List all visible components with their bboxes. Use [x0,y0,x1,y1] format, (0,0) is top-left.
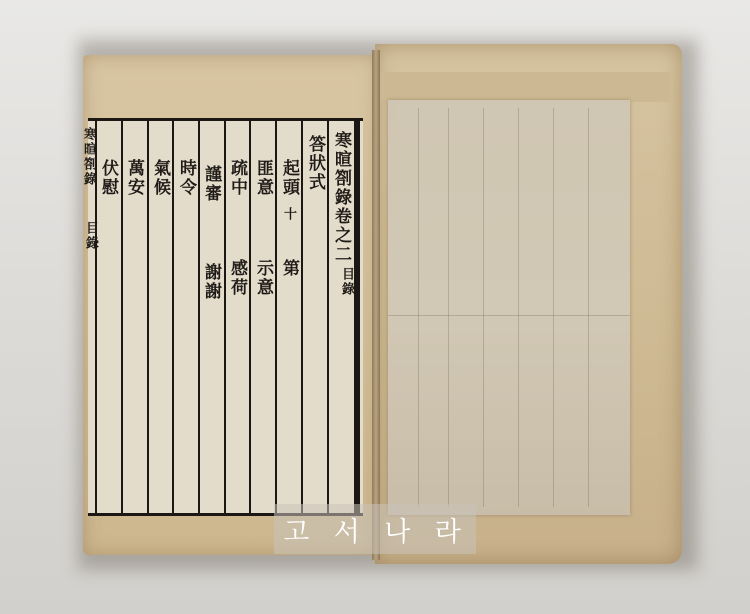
book-gutter [372,50,380,560]
watermark-char: 라 [435,510,467,549]
toc-entry: 起頭 [280,159,297,197]
column-rule [301,121,303,513]
show-through-line [483,108,484,507]
show-through-line [518,108,519,507]
watermark: 고 서 나 라 [274,504,476,554]
toc-entry: 答狀式 [306,135,323,192]
show-through-line [418,108,419,507]
toc-entry: 示意 [254,259,271,297]
show-through-line [553,108,554,507]
column-rule [198,121,200,513]
repair-strip [380,72,670,102]
printed-frame: 寒暄劄錄 目錄 寒暄劄錄卷之二 目錄 答狀式 起頭 十 第 匪意 示意 疏中 感… [88,118,363,516]
column-rule [121,121,123,513]
column-rule [147,121,149,513]
toc-entry: 萬安 [125,159,142,197]
edge-label: 寒暄劄錄 [82,127,95,187]
toc-entry: 疏中 [228,159,245,197]
toc-entry: 謹審 [202,165,219,203]
show-through-line [588,108,589,507]
toc-entry-number: 十 [282,207,295,222]
toc-entry: 氣候 [151,159,168,197]
column-rule [224,121,226,513]
toc-entry: 謝謝 [202,263,219,301]
toc-entry: 時令 [177,159,194,197]
toc-entry: 伏慰 [99,159,116,197]
watermark-char: 나 [384,510,416,549]
column-rule [249,121,251,513]
column-rule [275,121,277,513]
watermark-char: 서 [334,510,366,549]
show-through-line [388,315,630,316]
edge-note: 目錄 [84,221,97,251]
toc-entry: 第 [280,259,297,278]
frame-border-right [354,121,360,513]
toc-entry: 匪意 [254,159,271,197]
volume-title: 寒暄劄錄卷之二 [332,131,349,264]
volume-title-note: 目錄 [340,267,353,297]
backing-paper-patch [388,100,630,515]
show-through-line [448,108,449,507]
watermark-char: 고 [283,510,315,549]
column-rule [327,121,329,513]
toc-entry: 感荷 [228,259,245,297]
column-rule [172,121,174,513]
